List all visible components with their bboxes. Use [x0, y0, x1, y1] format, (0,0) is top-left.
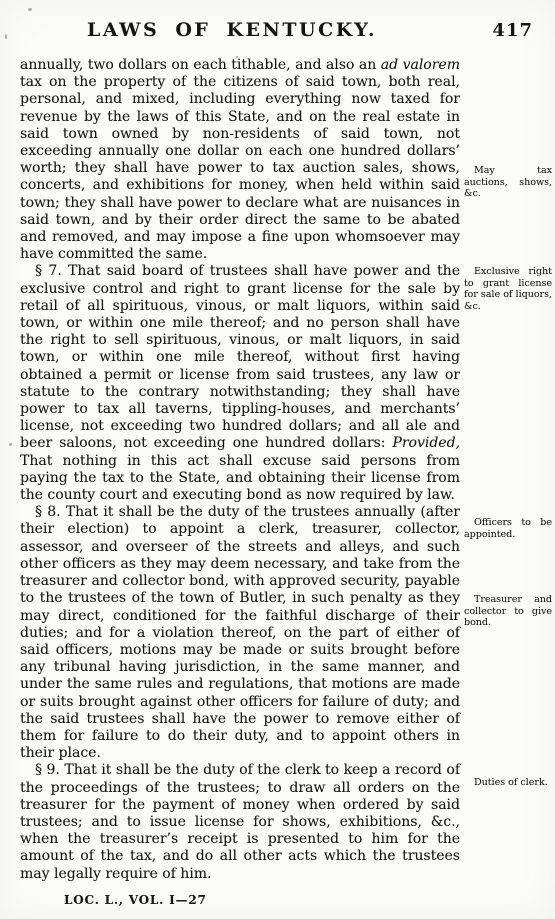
margin-note-duties-of-clerk: Duties of clerk.	[464, 777, 552, 789]
italic-text-run: Provided,	[392, 435, 460, 451]
margin-note-tax-auctions: May tax auctions, shows, &c.	[464, 165, 552, 200]
text-run: § 9. That it shall be the duty of the cl…	[20, 762, 460, 881]
text-run: tax on the property of the citizens of s…	[20, 74, 460, 262]
body-paragraph: § 7. That said board of trustees shall h…	[20, 263, 460, 504]
body-paragraph: § 8. That it shall be the duty of the tr…	[20, 504, 460, 762]
body-text: annually, two dollars on each tithable, …	[20, 57, 460, 883]
margin-note-treasurer-bond: Treasurer and collector to give bond.	[464, 594, 552, 629]
page-title: LAWS OF KENTUCKY.	[0, 19, 464, 41]
margin-note-liquor-license: Exclusive right to grant license for sal…	[464, 266, 552, 312]
body-paragraph: annually, two dollars on each tithable, …	[20, 57, 460, 263]
volume-signature: LOC. L., VOL. I—27	[64, 893, 207, 907]
text-run: § 7. That said board of trustees shall h…	[20, 263, 460, 451]
scan-speck	[9, 443, 12, 446]
margin-note-officers-appointed: Officers to be appointed.	[464, 517, 552, 540]
body-paragraph: § 9. That it shall be the duty of the cl…	[20, 762, 460, 882]
text-run: § 8. That it shall be the duty of the tr…	[20, 504, 460, 761]
scan-speck	[28, 8, 32, 11]
margin-notes-column: 1868. May tax auctions, shows, &c. Exclu…	[464, 0, 552, 919]
scanned-statute-page: LAWS OF KENTUCKY. 417 annually, two doll…	[0, 0, 555, 919]
text-run: annually, two dollars on each tithable, …	[20, 57, 381, 73]
italic-text-run: ad valorem	[381, 57, 460, 73]
text-run: That nothing in this act shall excuse sa…	[20, 453, 460, 503]
